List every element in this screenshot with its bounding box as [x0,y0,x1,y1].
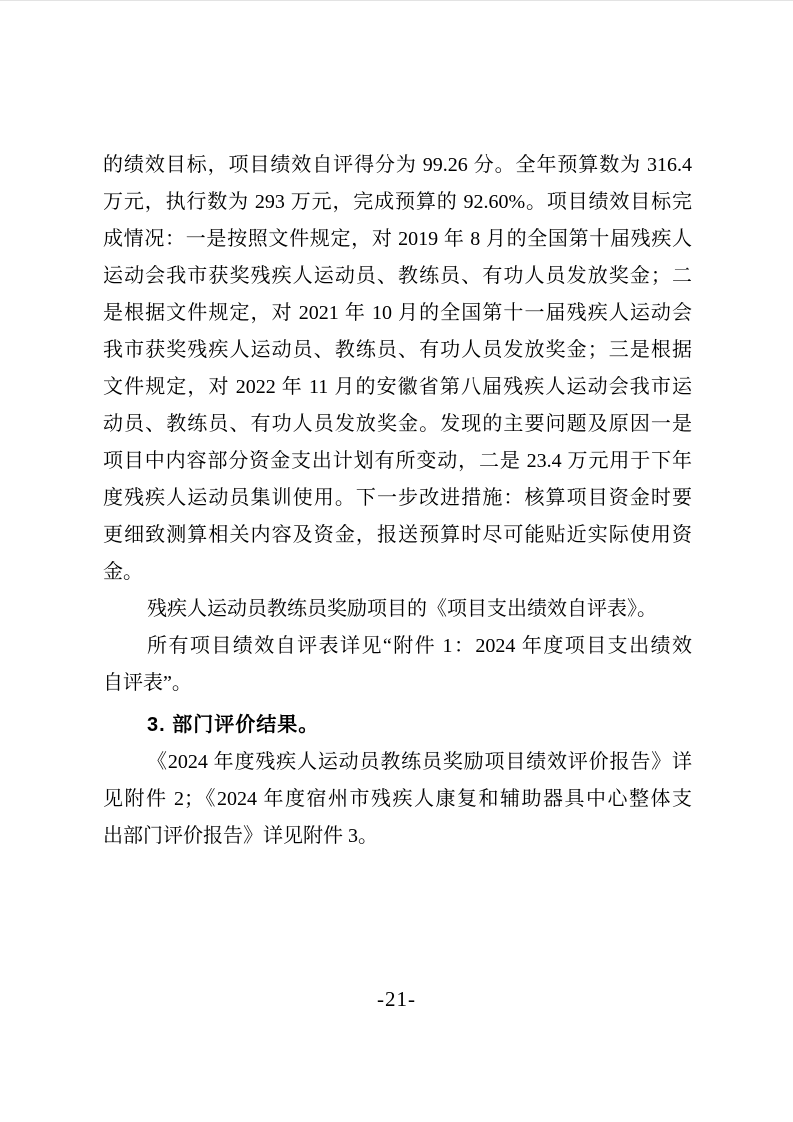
text-line: 的绩效目标，项目绩效自评得分为 99.26 分。全年预算数为 316.4 [103,147,692,184]
text-line: 《2024 年度残疾人运动员教练员奖励项目绩效评价报告》详 [103,744,692,781]
text-line: 更细致测算相关内容及资金，报送预算时尽可能贴近实际使用资 [103,517,692,554]
page-number: -21- [377,987,416,1011]
text-line: 自评表”。 [103,665,692,702]
text-line: 文件规定，对 2022 年 11 月的安徽省第八届残疾人运动会我市运 [103,369,692,406]
text-line: 出部门评价报告》详见附件 3。 [103,818,692,855]
text-line: 万元，执行数为 293 万元，完成预算的 92.60%。项目绩效目标完 [103,184,692,221]
text-line: 度残疾人运动员集训使用。下一步改进措施：核算项目资金时要 [103,480,692,517]
page-footer: -21- [0,987,793,1012]
text-line: 金。 [103,554,692,591]
text-line: 所有项目绩效自评表详见“附件 1：2024 年度项目支出绩效 [103,628,692,665]
text-line: 项目中内容部分资金支出计划有所变动，二是 23.4 万元用于下年 [103,443,692,480]
text-line: 运动会我市获奖残疾人运动员、教练员、有功人员发放奖金；二 [103,258,692,295]
text-line: 是根据文件规定，对 2021 年 10 月的全国第十一届残疾人运动会 [103,295,692,332]
text-line: 残疾人运动员教练员奖励项目的《项目支出绩效自评表》。 [103,591,692,628]
text-line: 成情况：一是按照文件规定，对 2019 年 8 月的全国第十届残疾人 [103,221,692,258]
document-body: 的绩效目标，项目绩效自评得分为 99.26 分。全年预算数为 316.4万元，执… [103,147,692,855]
document-page: 的绩效目标，项目绩效自评得分为 99.26 分。全年预算数为 316.4万元，执… [0,0,793,1122]
text-line: 见附件 2；《2024 年度宿州市残疾人康复和辅助器具中心整体支 [103,781,692,818]
text-line: 动员、教练员、有功人员发放奖金。发现的主要问题及原因一是 [103,406,692,443]
text-line: 我市获奖残疾人运动员、教练员、有功人员发放奖金；三是根据 [103,332,692,369]
section-heading-3: 3. 部门评价结果。 [103,707,692,744]
